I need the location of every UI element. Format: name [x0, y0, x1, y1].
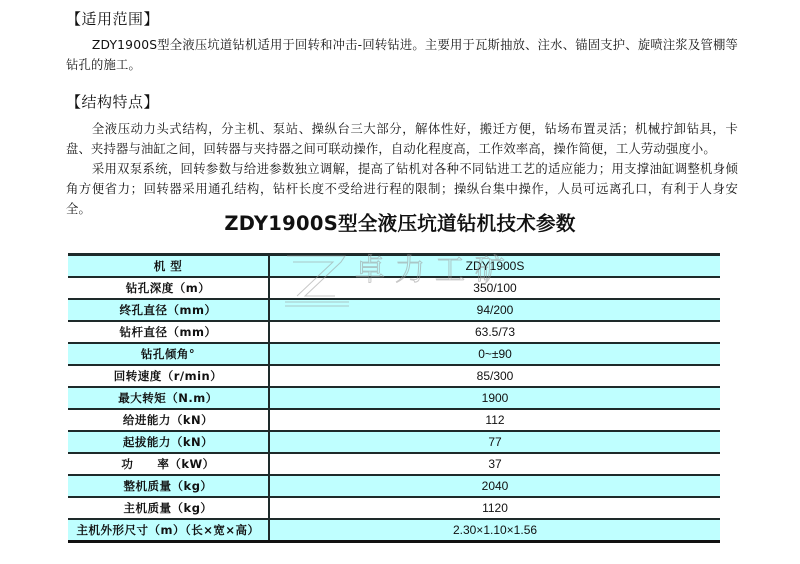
param-value: ZDY1900S: [269, 255, 720, 278]
table-row: 整机质量（kg） 2040: [68, 475, 720, 497]
param-value: 77: [269, 431, 720, 453]
param-value: 350/100: [269, 277, 720, 299]
table-row: 给进能力（kN） 112: [68, 409, 720, 431]
param-label: 回转速度（r/min）: [68, 365, 269, 387]
table-row: 功 率（kW） 37: [68, 453, 720, 475]
table-row: 钻孔倾角° 0~±90: [68, 343, 720, 365]
param-label: 主机质量（kg）: [68, 497, 269, 519]
param-value: 1120: [269, 497, 720, 519]
features-paragraph-2: 采用双泵系统，回转参数与给进参数独立调解，提高了钻机对各种不同钻进工艺的适应能力…: [66, 159, 738, 219]
param-label: 功 率（kW）: [68, 453, 269, 475]
param-label: 给进能力（kN）: [68, 409, 269, 431]
table-row: 钻杆直径（mm） 63.5/73: [68, 321, 720, 343]
table-row: 起拔能力（kN） 77: [68, 431, 720, 453]
param-label: 钻孔倾角°: [68, 343, 269, 365]
param-label: 整机质量（kg）: [68, 475, 269, 497]
section-heading-features: 【结构特点】: [66, 92, 738, 114]
section-heading-scope: 【适用范围】: [66, 9, 738, 31]
param-value: 85/300: [269, 365, 720, 387]
param-value: 2.30×1.10×1.56: [269, 519, 720, 542]
features-paragraph-1: 全液压动力头式结构，分主机、泵站、操纵台三大部分，解体性好，搬迁方便，钻场布置灵…: [66, 119, 738, 159]
param-value: 94/200: [269, 299, 720, 321]
table-row: 主机质量（kg） 1120: [68, 497, 720, 519]
param-label: 机 型: [68, 255, 269, 278]
param-value: 2040: [269, 475, 720, 497]
table-row: 机 型 ZDY1900S: [68, 255, 720, 278]
param-value: 63.5/73: [269, 321, 720, 343]
param-label: 终孔直径（mm）: [68, 299, 269, 321]
table-row: 钻孔深度（m） 350/100: [68, 277, 720, 299]
table-row: 主机外形尺寸（m）（长×宽×高） 2.30×1.10×1.56: [68, 519, 720, 542]
param-label: 主机外形尺寸（m）（长×宽×高）: [68, 519, 269, 542]
param-value: 37: [269, 453, 720, 475]
param-label: 钻孔深度（m）: [68, 277, 269, 299]
table-row: 最大转矩（N.m） 1900: [68, 387, 720, 409]
section-application-scope: 【适用范围】 ZDY1900S型全液压坑道钻机适用于回转和冲击-回转钻进。主要用…: [66, 9, 738, 75]
param-label: 起拔能力（kN）: [68, 431, 269, 453]
table-row: 回转速度（r/min） 85/300: [68, 365, 720, 387]
param-value: 0~±90: [269, 343, 720, 365]
param-value: 112: [269, 409, 720, 431]
scope-paragraph: ZDY1900S型全液压坑道钻机适用于回转和冲击-回转钻进。主要用于瓦斯抽放、注…: [66, 35, 738, 75]
param-label: 钻杆直径（mm）: [68, 321, 269, 343]
section-structural-features: 【结构特点】 全液压动力头式结构，分主机、泵站、操纵台三大部分，解体性好，搬迁方…: [66, 92, 738, 219]
table-row: 终孔直径（mm） 94/200: [68, 299, 720, 321]
param-label: 最大转矩（N.m）: [68, 387, 269, 409]
spec-table: 机 型 ZDY1900S 钻孔深度（m） 350/100 终孔直径（mm） 94…: [68, 253, 720, 543]
spec-table-title: ZDY1900S型全液压坑道钻机技术参数: [0, 211, 800, 237]
param-value: 1900: [269, 387, 720, 409]
